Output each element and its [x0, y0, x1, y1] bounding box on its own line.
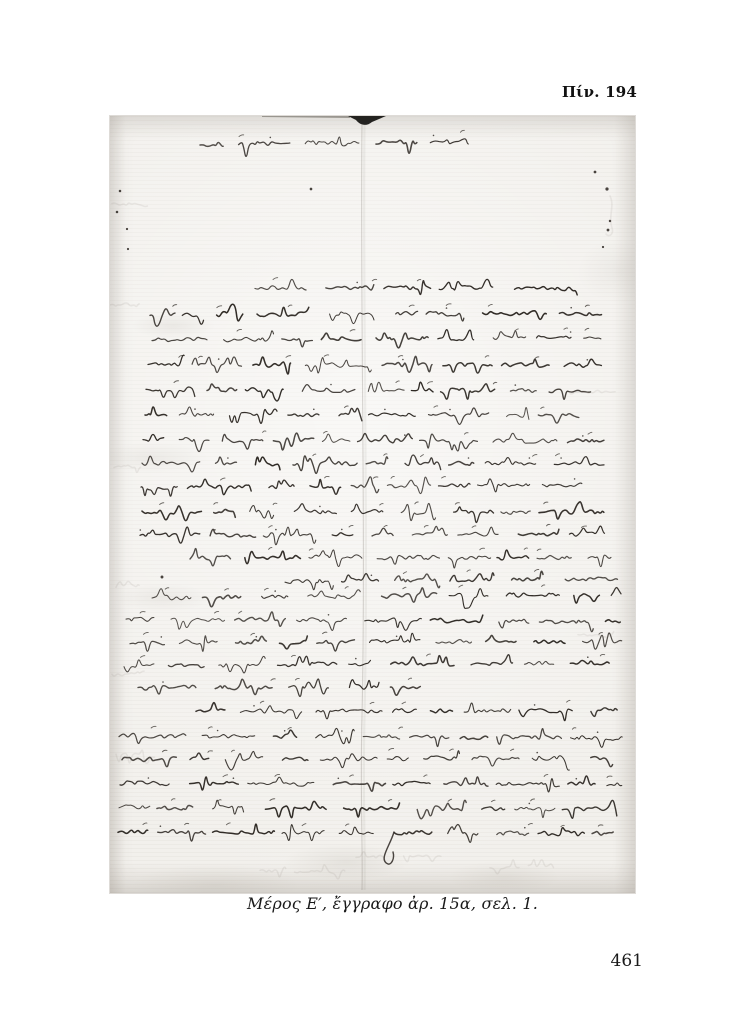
handwriting-stroke: [345, 587, 348, 589]
handwriting-stroke: [302, 824, 306, 826]
handwriting-stroke: [295, 678, 299, 679]
handwriting-stroke: [377, 555, 439, 564]
handwriting-stroke: [245, 551, 301, 564]
handwriting-stroke: [140, 612, 145, 613]
handwriting-stroke: [384, 281, 431, 295]
handwriting-stroke: [537, 555, 571, 559]
handwriting-stroke: [143, 823, 147, 825]
handwriting-stroke: [455, 503, 459, 505]
handwriting-stroke: [480, 548, 485, 550]
handwriting-stroke: [110, 303, 139, 306]
handwriting-stroke: [316, 709, 382, 719]
handwriting-stroke: [239, 135, 244, 137]
handwriting-stroke: [297, 618, 347, 631]
handwriting-stroke: [511, 749, 514, 750]
handwriting-stroke: [409, 305, 414, 306]
ink-dot: [587, 359, 589, 361]
handwriting-stroke: [388, 800, 391, 801]
handwriting-stroke: [309, 550, 362, 567]
handwriting-stroke: [399, 727, 403, 729]
handwriting-stroke: [330, 312, 374, 324]
handwriting-stroke: [213, 824, 275, 834]
handwriting-stroke: [372, 528, 393, 536]
handwriting-stroke: [501, 511, 530, 514]
ink-dot: [214, 529, 216, 531]
handwriting-stroke: [130, 641, 164, 651]
handwriting-stroke: [507, 408, 529, 420]
handwriting-stroke: [288, 728, 292, 730]
handwriting-stroke: [459, 585, 463, 587]
handwriting-stroke: [384, 525, 387, 526]
handwriting-stroke: [120, 781, 169, 786]
handwriting-stroke: [260, 867, 286, 877]
handwriting-stroke: [427, 654, 431, 656]
handwriting-stroke: [265, 801, 326, 817]
handwriting-stroke: [607, 783, 622, 786]
ink-dot: [529, 457, 531, 459]
handwriting-stroke: [248, 777, 314, 786]
handwriting-stroke: [410, 735, 449, 746]
handwriting-stroke: [502, 359, 549, 367]
handwriting-stroke: [528, 860, 553, 868]
handwriting-stroke: [488, 304, 492, 306]
handwriting-stroke: [124, 660, 154, 672]
handwriting-stroke: [368, 382, 404, 392]
handwriting-stroke: [309, 549, 313, 550]
ink-dot: [468, 457, 470, 459]
handwriting-stroke: [426, 312, 464, 321]
ink-dot: [161, 636, 163, 638]
ink-dot: [227, 457, 229, 459]
handwriting-stroke: [524, 548, 527, 549]
handwriting-stroke: [346, 824, 349, 826]
handwriting-stroke: [158, 830, 206, 841]
ink-dot: [446, 307, 448, 309]
handwriting-stroke: [282, 825, 324, 841]
handwriting-stroke: [316, 728, 355, 743]
handwriting-stroke: [215, 611, 219, 613]
handwriting-stroke: [499, 619, 529, 628]
handwriting-stroke: [143, 632, 148, 634]
handwriting-stroke: [524, 661, 553, 664]
handwriting-stroke: [350, 330, 355, 331]
handwriting-stroke: [365, 618, 422, 630]
handwriting-stroke: [510, 389, 536, 393]
ink-dot: [161, 576, 164, 579]
ink-dot: [338, 778, 340, 780]
handwriting-stroke: [444, 777, 488, 786]
fold-crease-shadow: [364, 124, 366, 890]
handwriting-stroke: [264, 588, 268, 590]
handwriting-stroke: [294, 504, 336, 514]
book-page: Πίν. 194 Μέρος Ε′, ἔγγραφο ἀρ. 15α, σελ.…: [0, 0, 743, 1027]
handwriting-stroke: [324, 431, 328, 433]
handwriting-stroke: [382, 356, 432, 372]
handwriting-stroke: [600, 654, 604, 655]
ink-dot: [570, 331, 572, 333]
handwriting-stroke: [592, 832, 613, 836]
handwriting-stroke: [250, 506, 274, 519]
ink-dot: [275, 529, 277, 531]
handwriting-stroke: [320, 754, 377, 768]
handwriting-stroke: [472, 756, 519, 766]
handwriting-stroke: [278, 656, 337, 666]
handwriting-stroke: [450, 573, 494, 582]
handwriting-stroke: [518, 529, 559, 535]
handwriting-stroke: [269, 548, 272, 550]
ink-dot: [328, 614, 330, 616]
handwriting-stroke: [519, 709, 572, 721]
ink-dot: [160, 825, 162, 827]
ink-dot: [341, 529, 343, 531]
ink-dot: [560, 457, 562, 459]
handwriting-stroke: [321, 333, 361, 341]
ink-dot: [341, 730, 343, 732]
handwriting-stroke: [223, 775, 228, 777]
handwriting-stroke: [282, 757, 308, 760]
ink-dot: [140, 529, 142, 531]
handwriting-stroke: [260, 701, 264, 703]
handwriting-stroke: [222, 434, 262, 449]
handwriting-stroke: [190, 549, 231, 566]
handwriting-stroke: [449, 589, 488, 609]
handwriting-stroke: [305, 358, 371, 373]
handwriting-stroke: [430, 615, 483, 623]
ink-dot: [127, 248, 129, 250]
handwriting-stroke: [436, 640, 472, 644]
handwriting-stroke: [574, 594, 600, 603]
ink-dot: [602, 246, 604, 248]
handwriting-stroke: [585, 305, 589, 306]
handwriting-stroke: [439, 279, 493, 290]
ink-dot: [274, 590, 276, 592]
handwriting-stroke: [308, 590, 361, 599]
handwriting-stroke: [544, 775, 548, 777]
handwriting-stroke: [396, 311, 418, 315]
handwriting-stroke: [126, 617, 154, 621]
handwriting-stroke: [255, 279, 306, 290]
ink-dot: [148, 777, 150, 779]
ink-dot: [217, 730, 219, 732]
handwriting-stroke: [424, 751, 460, 760]
handwriting-stroke: [152, 589, 191, 600]
ink-dot: [570, 307, 572, 309]
handwriting-stroke: [237, 329, 241, 331]
ink-dot: [534, 704, 536, 706]
handwriting-stroke: [611, 588, 621, 596]
handwriting-stroke: [534, 640, 565, 643]
handwriting-stroke: [582, 526, 587, 528]
ink-dot: [319, 506, 321, 508]
handwriting-stroke: [564, 359, 601, 367]
handwriting-stroke: [324, 355, 329, 356]
manuscript-handwriting: [110, 116, 635, 893]
handwriting-stroke: [119, 733, 186, 743]
handwriting-stroke: [295, 865, 345, 879]
handwriting-stroke: [497, 831, 529, 835]
ink-dot: [587, 656, 589, 658]
handwriting-stroke: [116, 581, 139, 587]
handwriting-stroke: [165, 588, 169, 589]
handwriting-stroke: [482, 807, 505, 811]
handwriting-stroke: [217, 306, 222, 308]
ink-dot: [594, 171, 597, 174]
handwriting-stroke: [541, 407, 544, 408]
handwriting-stroke: [460, 736, 488, 739]
handwriting-stroke: [380, 504, 383, 505]
handwriting-stroke: [202, 735, 255, 738]
handwriting-stroke: [345, 406, 349, 408]
handwriting-stroke: [568, 776, 595, 785]
handwriting-stroke: [185, 823, 189, 824]
handwriting-stroke: [146, 387, 195, 398]
ink-dot: [284, 730, 286, 732]
ink-dot: [597, 731, 599, 733]
handwriting-stroke: [490, 860, 519, 874]
handwriting-stroke: [190, 753, 209, 759]
handwriting-stroke: [564, 328, 568, 329]
handwriting-stroke: [157, 805, 193, 809]
handwriting-stroke: [538, 414, 579, 423]
ink-dot: [433, 135, 435, 137]
ink-dot: [404, 434, 406, 436]
handwriting-stroke: [322, 434, 350, 442]
handwriting-stroke: [395, 574, 440, 588]
handwriting-stroke: [282, 339, 313, 347]
handwriting-stroke: [138, 685, 196, 694]
handwriting-stroke: [162, 750, 167, 752]
handwriting-stroke: [465, 433, 469, 435]
handwriting-stroke: [497, 729, 562, 745]
ink-dot: [116, 211, 119, 214]
handwriting-stroke: [547, 524, 551, 526]
handwriting-stroke: [570, 660, 609, 664]
handwriting-stroke: [215, 679, 272, 694]
handwriting-stroke: [412, 526, 447, 535]
handwriting-stroke: [411, 382, 433, 392]
handwriting-stroke: [179, 438, 209, 452]
handwriting-stroke: [572, 728, 576, 729]
handwriting-stroke: [531, 799, 535, 801]
handwriting-stroke: [568, 439, 604, 443]
handwriting-stroke: [448, 799, 452, 801]
handwriting-stroke: [515, 329, 518, 331]
handwriting-stroke: [199, 356, 203, 357]
handwriting-stroke: [224, 331, 274, 342]
page-number: 461: [611, 953, 643, 970]
handwriting-stroke: [339, 408, 362, 421]
handwriting-stroke: [350, 775, 354, 776]
handwriting-stroke: [417, 279, 421, 280]
handwriting-stroke: [384, 454, 387, 455]
handwriting-stroke: [591, 708, 617, 717]
handwriting-stroke: [467, 570, 470, 572]
handwriting-stroke: [506, 593, 559, 597]
handwriting-stroke: [588, 432, 592, 434]
handwriting-stroke: [491, 800, 495, 802]
handwriting-stroke: [310, 479, 341, 494]
handwriting-stroke: [263, 527, 316, 545]
handwriting-stroke: [542, 585, 545, 587]
handwriting-stroke: [263, 431, 266, 432]
handwriting-stroke: [150, 309, 175, 326]
handwriting-stroke: [366, 457, 388, 464]
handwriting-stroke: [225, 589, 229, 590]
handwriting-stroke: [116, 750, 155, 763]
handwriting-stroke: [443, 363, 492, 373]
handwriting-stroke: [599, 633, 603, 635]
handwriting-stroke: [401, 503, 435, 520]
handwriting-stroke: [448, 556, 490, 568]
handwriting-stroke: [493, 331, 525, 339]
handwriting-stroke: [273, 503, 277, 504]
handwriting-stroke: [313, 454, 316, 456]
handwriting-stroke: [203, 595, 241, 607]
handwriting-stroke: [376, 140, 417, 153]
handwriting-stroke: [528, 823, 532, 824]
handwriting-stroke: [405, 455, 441, 470]
handwriting-stroke: [390, 687, 420, 696]
handwriting-stroke: [255, 457, 280, 470]
handwriting-stroke: [219, 656, 265, 673]
handwriting-stroke: [567, 700, 570, 702]
handwriting-stroke: [173, 305, 177, 307]
handwriting-stroke: [190, 777, 239, 790]
handwriting-stroke: [218, 800, 221, 801]
handwriting-stroke: [187, 479, 251, 494]
ink-dot: [384, 409, 386, 411]
handwriting-stroke: [333, 782, 385, 791]
ink-dot: [119, 190, 122, 193]
handwriting-stroke: [538, 828, 584, 836]
handwriting-stroke: [210, 529, 256, 537]
handwriting-stroke: [145, 407, 167, 416]
handwriting-stroke: [171, 799, 175, 800]
handwriting-stroke: [485, 458, 535, 465]
ink-dot: [605, 187, 608, 190]
handwriting-stroke: [285, 580, 333, 590]
handwriting-stroke: [415, 502, 418, 504]
handwriting-stroke: [114, 465, 141, 472]
handwriting-stroke: [168, 664, 204, 668]
ink-dot: [218, 358, 220, 360]
handwriting-stroke: [534, 569, 538, 571]
handwriting-stroke: [270, 799, 275, 801]
handwriting-stroke: [302, 385, 355, 393]
handwriting-stroke: [403, 572, 406, 574]
handwriting-stroke: [493, 382, 497, 384]
ink-dot: [371, 575, 373, 577]
handwriting-stroke: [275, 774, 280, 776]
handwriting-stroke: [439, 483, 471, 487]
ink-dot: [270, 137, 272, 139]
handwriting-stroke: [446, 304, 451, 306]
handwriting-stroke: [349, 660, 371, 665]
handwriting-stroke: [216, 457, 237, 465]
handwriting-stroke: [532, 756, 569, 770]
scan-top-edge-mark: [262, 116, 350, 117]
ink-blotch: [348, 116, 386, 125]
handwriting-stroke: [442, 477, 446, 478]
handwriting-stroke: [559, 313, 601, 316]
handwriting-stroke: [112, 203, 147, 206]
handwriting-stroke: [370, 702, 374, 703]
handwriting-stroke: [588, 555, 611, 566]
handwriting-stroke: [391, 656, 454, 666]
ink-dot: [402, 359, 404, 361]
handwriting-stroke: [537, 336, 572, 339]
handwriting-stroke: [339, 827, 373, 834]
handwriting-stroke: [119, 805, 150, 809]
handwriting-stroke: [214, 509, 236, 517]
ink-dot: [574, 478, 576, 480]
handwriting-stroke: [271, 679, 275, 681]
handwriting-stroke: [174, 381, 179, 383]
ink-dot: [162, 681, 164, 683]
handwriting-stroke: [317, 640, 355, 651]
plate-label: Πίν. 194: [562, 85, 637, 100]
handwriting-stroke: [273, 433, 313, 450]
handwriting-stroke: [369, 413, 416, 416]
handwriting-stroke: [424, 526, 428, 528]
handwriting-stroke: [542, 483, 581, 487]
handwriting-stroke: [356, 852, 383, 858]
ink-dot: [256, 636, 258, 638]
handwriting-stroke: [387, 477, 430, 493]
handwriting-stroke: [152, 337, 207, 341]
handwriting-stroke: [251, 633, 255, 635]
handwriting-stroke: [448, 824, 478, 842]
handwriting-stroke: [556, 454, 560, 456]
ink-dot: [194, 408, 196, 410]
handwriting-stroke: [344, 803, 400, 817]
ink-dot: [449, 409, 451, 411]
handwriting-stroke: [537, 549, 541, 550]
handwriting-stroke: [142, 456, 200, 472]
handwriting-stroke: [471, 655, 512, 666]
handwriting-stroke: [196, 703, 225, 712]
handwriting-stroke: [485, 356, 489, 357]
handwriting-stroke: [221, 478, 226, 480]
ink-dot: [607, 229, 610, 232]
handwriting-stroke: [472, 526, 476, 528]
handwriting-stroke: [208, 751, 213, 752]
handwriting-stroke: [403, 587, 406, 589]
handwriting-stroke: [585, 328, 589, 330]
ink-dot: [536, 752, 538, 754]
handwriting-stroke: [192, 357, 241, 372]
ink-dot: [233, 777, 235, 779]
handwriting-stroke: [434, 406, 438, 407]
handwriting-stroke: [200, 143, 223, 147]
handwriting-stroke: [288, 414, 319, 417]
handwriting-stroke: [182, 313, 203, 324]
handwriting-stroke: [305, 137, 359, 146]
handwriting-stroke: [289, 679, 329, 696]
handwriting-stroke: [179, 407, 213, 416]
handwriting-stroke: [214, 503, 218, 505]
handwriting-stroke: [515, 287, 578, 295]
handwriting-stroke: [535, 357, 539, 359]
handwriting-stroke: [373, 477, 378, 478]
handwriting-stroke: [404, 855, 441, 861]
ink-dot: [253, 705, 255, 707]
handwriting-stroke: [539, 502, 604, 519]
handwriting-stroke: [269, 526, 273, 528]
handwriting-stroke: [420, 434, 478, 451]
handwriting-stroke: [441, 384, 495, 399]
handwriting-stroke: [376, 333, 428, 348]
